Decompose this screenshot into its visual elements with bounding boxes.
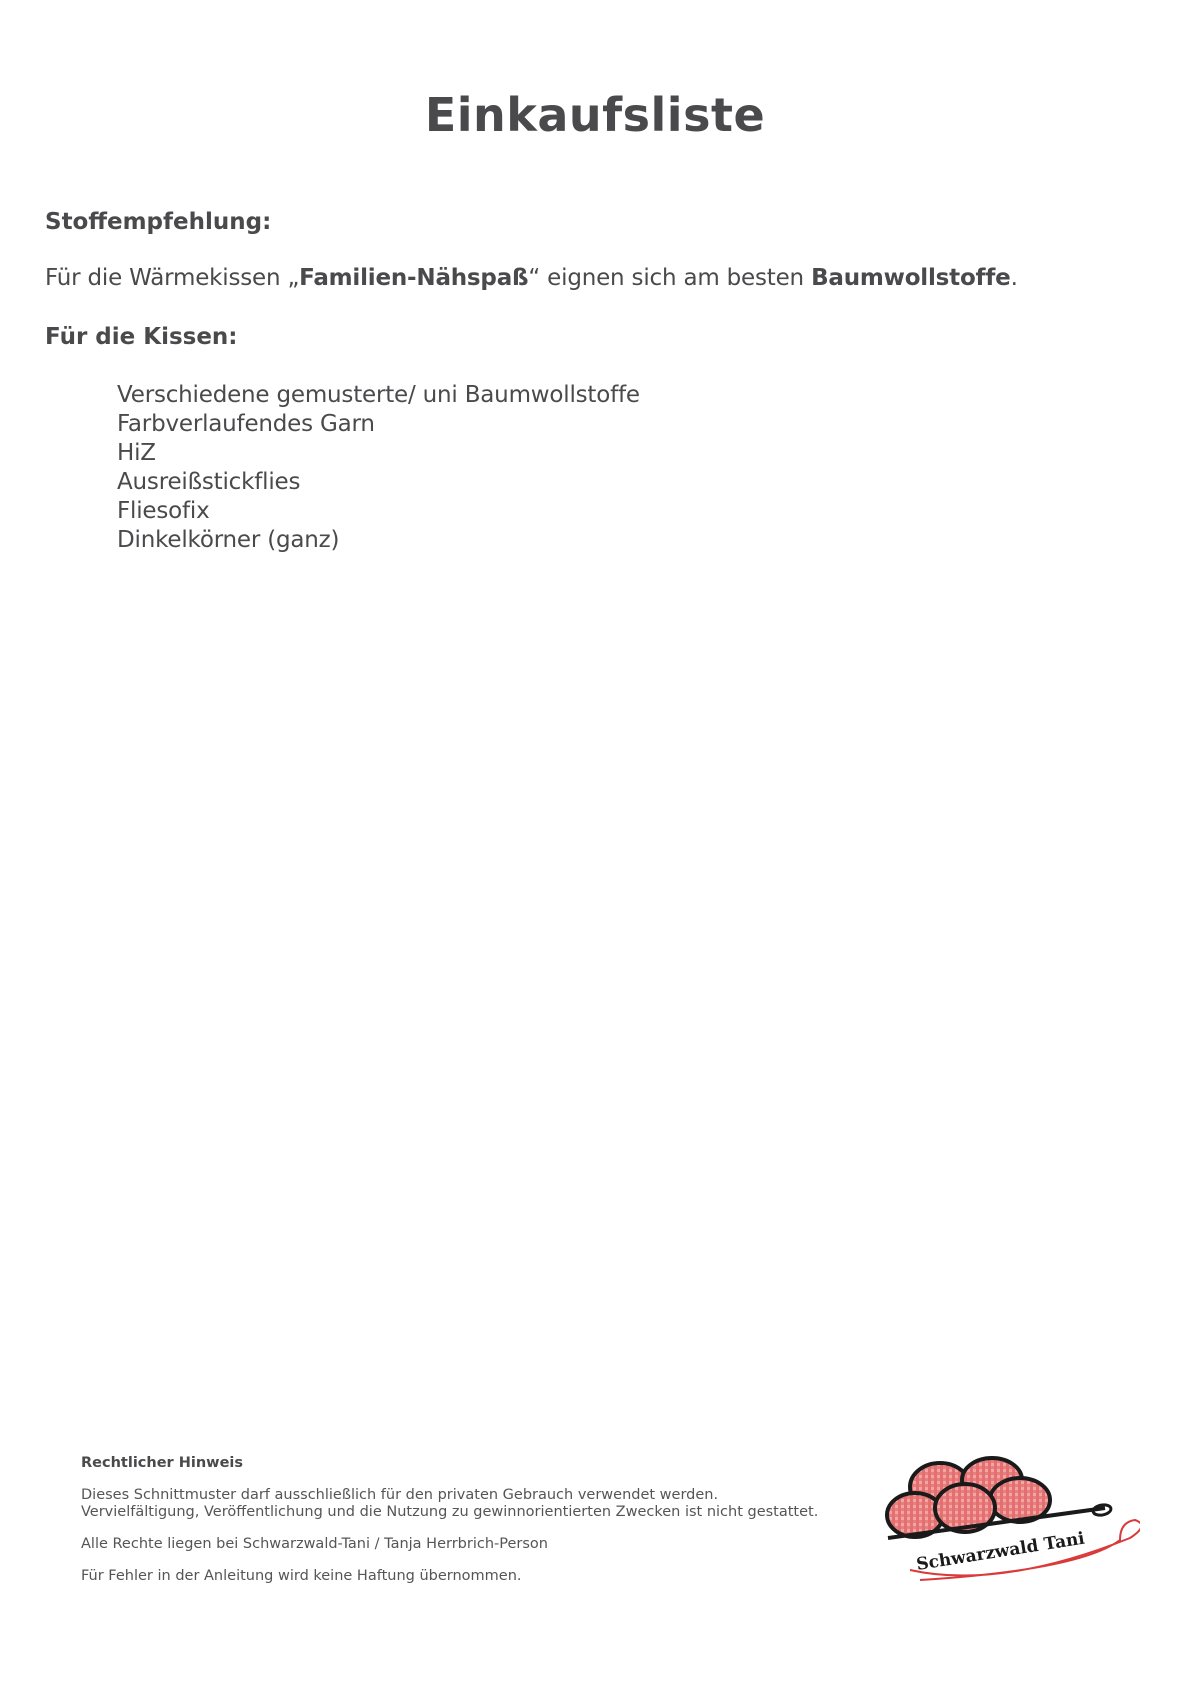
recommendation-prefix: Für die Wärmekissen „ xyxy=(45,265,299,291)
product-name: Familien-Nähspaß xyxy=(299,265,528,291)
liability-notice: Für Fehler in der Anleitung wird keine H… xyxy=(81,1568,818,1585)
rights-notice: Alle Rechte liegen bei Schwarzwald-Tani … xyxy=(81,1536,818,1553)
cushions-needle-logo-icon: Schwarzwald Tani xyxy=(880,1430,1140,1590)
list-item: Farbverlaufendes Garn xyxy=(117,410,640,439)
list-item: Dinkelkörner (ganz) xyxy=(117,526,640,555)
recommendation-middle: “ eignen sich am besten xyxy=(528,265,811,291)
usage-line-1: Dieses Schnittmuster darf ausschließlich… xyxy=(81,1487,718,1503)
usage-restriction: Dieses Schnittmuster darf ausschließlich… xyxy=(81,1487,818,1521)
usage-line-2: Vervielfältigung, Veröffentlichung und d… xyxy=(81,1504,818,1520)
cushion-heading: Für die Kissen: xyxy=(45,324,238,350)
legal-heading: Rechtlicher Hinweis xyxy=(81,1455,818,1472)
recommendation-suffix: . xyxy=(1011,265,1018,291)
legal-notice: Rechtlicher Hinweis Dieses Schnittmuster… xyxy=(81,1455,818,1600)
list-item: Ausreißstickflies xyxy=(117,468,640,497)
fabric-recommendation-heading: Stoffempfehlung: xyxy=(45,209,271,235)
fabric-name: Baumwollstoffe xyxy=(811,265,1011,291)
list-item: Fliesofix xyxy=(117,497,640,526)
logo-text: Schwarzwald Tani xyxy=(915,1529,1087,1575)
list-item: Verschiedene gemusterte/ uni Baumwollsto… xyxy=(117,381,640,410)
list-item: HiZ xyxy=(117,439,640,468)
recommendation-paragraph: Für die Wärmekissen „Familien-Nähspaß“ e… xyxy=(45,265,1018,291)
page-title: Einkaufsliste xyxy=(0,88,1190,142)
shopping-list: Verschiedene gemusterte/ uni Baumwollsto… xyxy=(117,381,640,555)
